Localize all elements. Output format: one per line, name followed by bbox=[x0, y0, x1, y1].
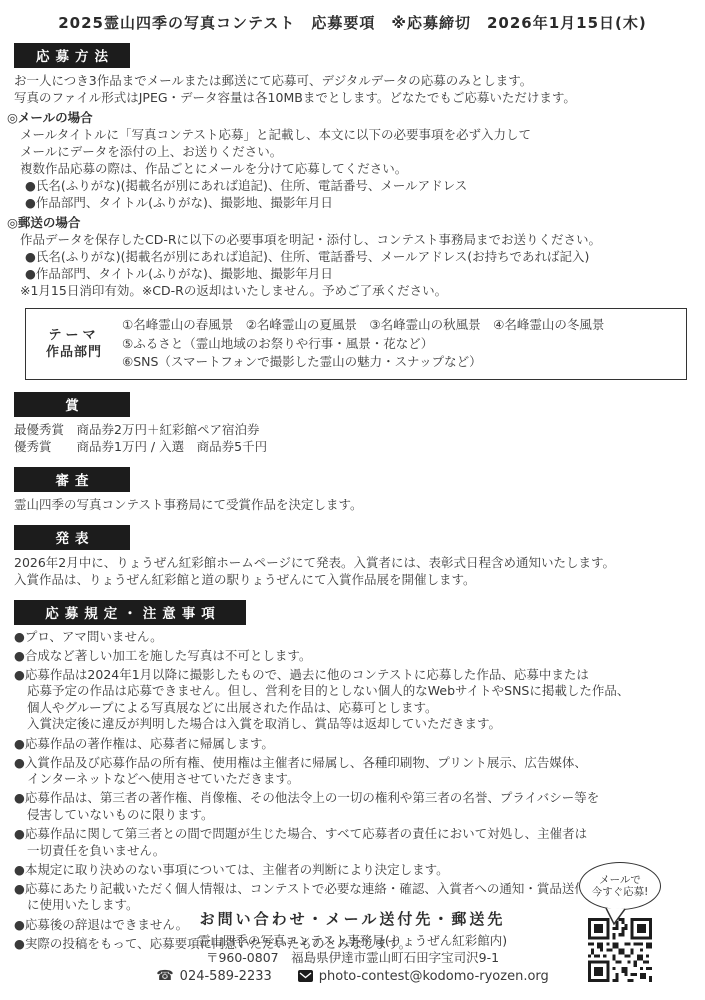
theme-label-line: テーマ bbox=[26, 327, 122, 344]
mail-line: メールタイトルに「写真コンテスト応募」と記載し、本文に以下の必要事項を必ず入力し… bbox=[20, 126, 691, 143]
prize-line: 最優秀賞 商品券2万円＋紅彩館ペア宿泊券 bbox=[14, 421, 691, 438]
theme-category-line: ①名峰霊山の春風景 ②名峰霊山の夏風景 ③名峰霊山の秋風景 ④名峰霊山の冬風景 bbox=[122, 316, 604, 335]
theme-label-line: 作品部門 bbox=[26, 344, 122, 361]
theme-category-line: ⑥SNS（スマートフォンで撮影した霊山の魅力・スナップなど） bbox=[122, 353, 604, 372]
footer-heading: お問い合わせ・メール送付先・郵送先 bbox=[0, 908, 705, 929]
footer-contact-block: お問い合わせ・メール送付先・郵送先 霊山四季の写真コンテスト事務局(りょうぜん紅… bbox=[0, 908, 705, 984]
method-intro-line: お一人につき3作品までメールまたは郵送にて応募可、デジタルデータの応募のみとしま… bbox=[14, 72, 691, 89]
rule-item: ●プロ、アマ問いません。 bbox=[14, 629, 691, 646]
section-heading-announcement: 発表 bbox=[14, 525, 130, 550]
post-note: ※1月15日消印有効。※CD-Rの返却はいたしません。予めご了承ください。 bbox=[20, 282, 691, 299]
section-heading-prize: 賞 bbox=[14, 392, 130, 417]
announcement-line: 2026年2月中に、りょうぜん紅彩館ホームページにて発表。入賞者には、表彰式日程… bbox=[14, 554, 691, 571]
post-bullet: ●作品部門、タイトル(ふりがな)、撮影地、撮影年月日 bbox=[25, 265, 691, 282]
rule-item: ●応募作品の著作権は、応募者に帰属します。 bbox=[14, 736, 691, 753]
mail-bullet: ●氏名(ふりがな)(掲載名が別にあれば追記)、住所、電話番号、メールアドレス bbox=[25, 177, 691, 194]
post-line: 作品データを保存したCD-Rに以下の必要事項を明記・添付し、コンテスト事務局まで… bbox=[20, 231, 691, 248]
footer-address: 〒960-0807 福島県伊達市霊山町石田字宝司沢9-1 bbox=[0, 949, 705, 966]
speech-bubble-tail bbox=[605, 908, 627, 926]
rule-item: ●応募作品は、第三者の著作権、肖像権、その他法令上の一切の権利や第三者の名誉、プ… bbox=[14, 790, 691, 823]
footer-phone-number: 024-589-2233 bbox=[180, 969, 272, 984]
page-title: 2025霊山四季の写真コンテスト 応募要項 ※応募締切 2026年1月15日(木… bbox=[14, 12, 691, 33]
phone-icon: ☎ bbox=[156, 968, 173, 984]
rule-item: ●合成など著しい加工を施した写真は不可とします。 bbox=[14, 648, 691, 665]
rules-list: ●プロ、アマ問いません。 ●合成など著しい加工を施した写真は不可とします。 ●応… bbox=[14, 629, 691, 953]
mail-line: 複数作品応募の際は、作品ごとにメールを分けて応募してください。 bbox=[20, 160, 691, 177]
bubble-text-line: メールで bbox=[599, 874, 641, 887]
theme-box-content: ①名峰霊山の春風景 ②名峰霊山の夏風景 ③名峰霊山の秋風景 ④名峰霊山の冬風景 … bbox=[122, 316, 604, 372]
mail-line: メールにデータを添付の上、お送りください。 bbox=[20, 143, 691, 160]
bubble-text-line: 今すぐ応募! bbox=[592, 886, 649, 899]
section-heading-judging: 審査 bbox=[14, 467, 130, 492]
judging-line: 霊山四季の写真コンテスト事務局にて受賞作品を決定します。 bbox=[14, 496, 691, 513]
theme-box-label: テーマ 作品部門 bbox=[26, 327, 122, 361]
contest-flyer-page: 2025霊山四季の写真コンテスト 応募要項 ※応募締切 2026年1月15日(木… bbox=[0, 0, 705, 1000]
footer-org: 霊山四季の写真コンテスト事務局(りょうぜん紅彩館内) bbox=[0, 932, 705, 949]
post-subsection-heading: ◎郵送の場合 bbox=[7, 214, 691, 231]
theme-category-line: ⑤ふるさと（霊山地域のお祭りや行事・風景・花など） bbox=[122, 335, 604, 354]
footer-email-address: photo-contest@kodomo-ryozen.org bbox=[319, 969, 549, 984]
email-icon bbox=[298, 970, 313, 982]
rule-item: ●応募作品に関して第三者との間で問題が生じた場合、すべて応募者の責任において対処… bbox=[14, 826, 691, 859]
apply-now-speech-bubble: メールで 今すぐ応募! bbox=[579, 862, 661, 910]
section-heading-method: 応募方法 bbox=[14, 43, 130, 68]
post-bullet: ●氏名(ふりがな)(掲載名が別にあれば追記)、住所、電話番号、メールアドレス(お… bbox=[25, 248, 691, 265]
mail-subsection-heading: ◎メールの場合 bbox=[7, 109, 691, 126]
mail-bullet: ●作品部門、タイトル(ふりがな)、撮影地、撮影年月日 bbox=[25, 194, 691, 211]
rule-item: ●応募作品は2024年1月以降に撮影したもので、過去に他のコンテストに応募した作… bbox=[14, 667, 691, 733]
method-intro-line: 写真のファイル形式はJPEG・データ容量は各10MBまでとします。どなたでもご応… bbox=[14, 89, 691, 106]
theme-box: テーマ 作品部門 ①名峰霊山の春風景 ②名峰霊山の夏風景 ③名峰霊山の秋風景 ④… bbox=[25, 308, 687, 380]
rule-item: ●入賞作品及び応募作品の所有権、使用権は主催者に帰属し、各種印刷物、プリント展示… bbox=[14, 755, 691, 788]
prize-line: 優秀賞 商品券1万円 / 入選 商品券5千円 bbox=[14, 438, 691, 455]
announcement-line: 入賞作品は、りょうぜん紅彩館と道の駅りょうぜんにて入賞作品展を開催します。 bbox=[14, 571, 691, 588]
section-heading-rules: 応募規定・注意事項 bbox=[14, 600, 246, 625]
